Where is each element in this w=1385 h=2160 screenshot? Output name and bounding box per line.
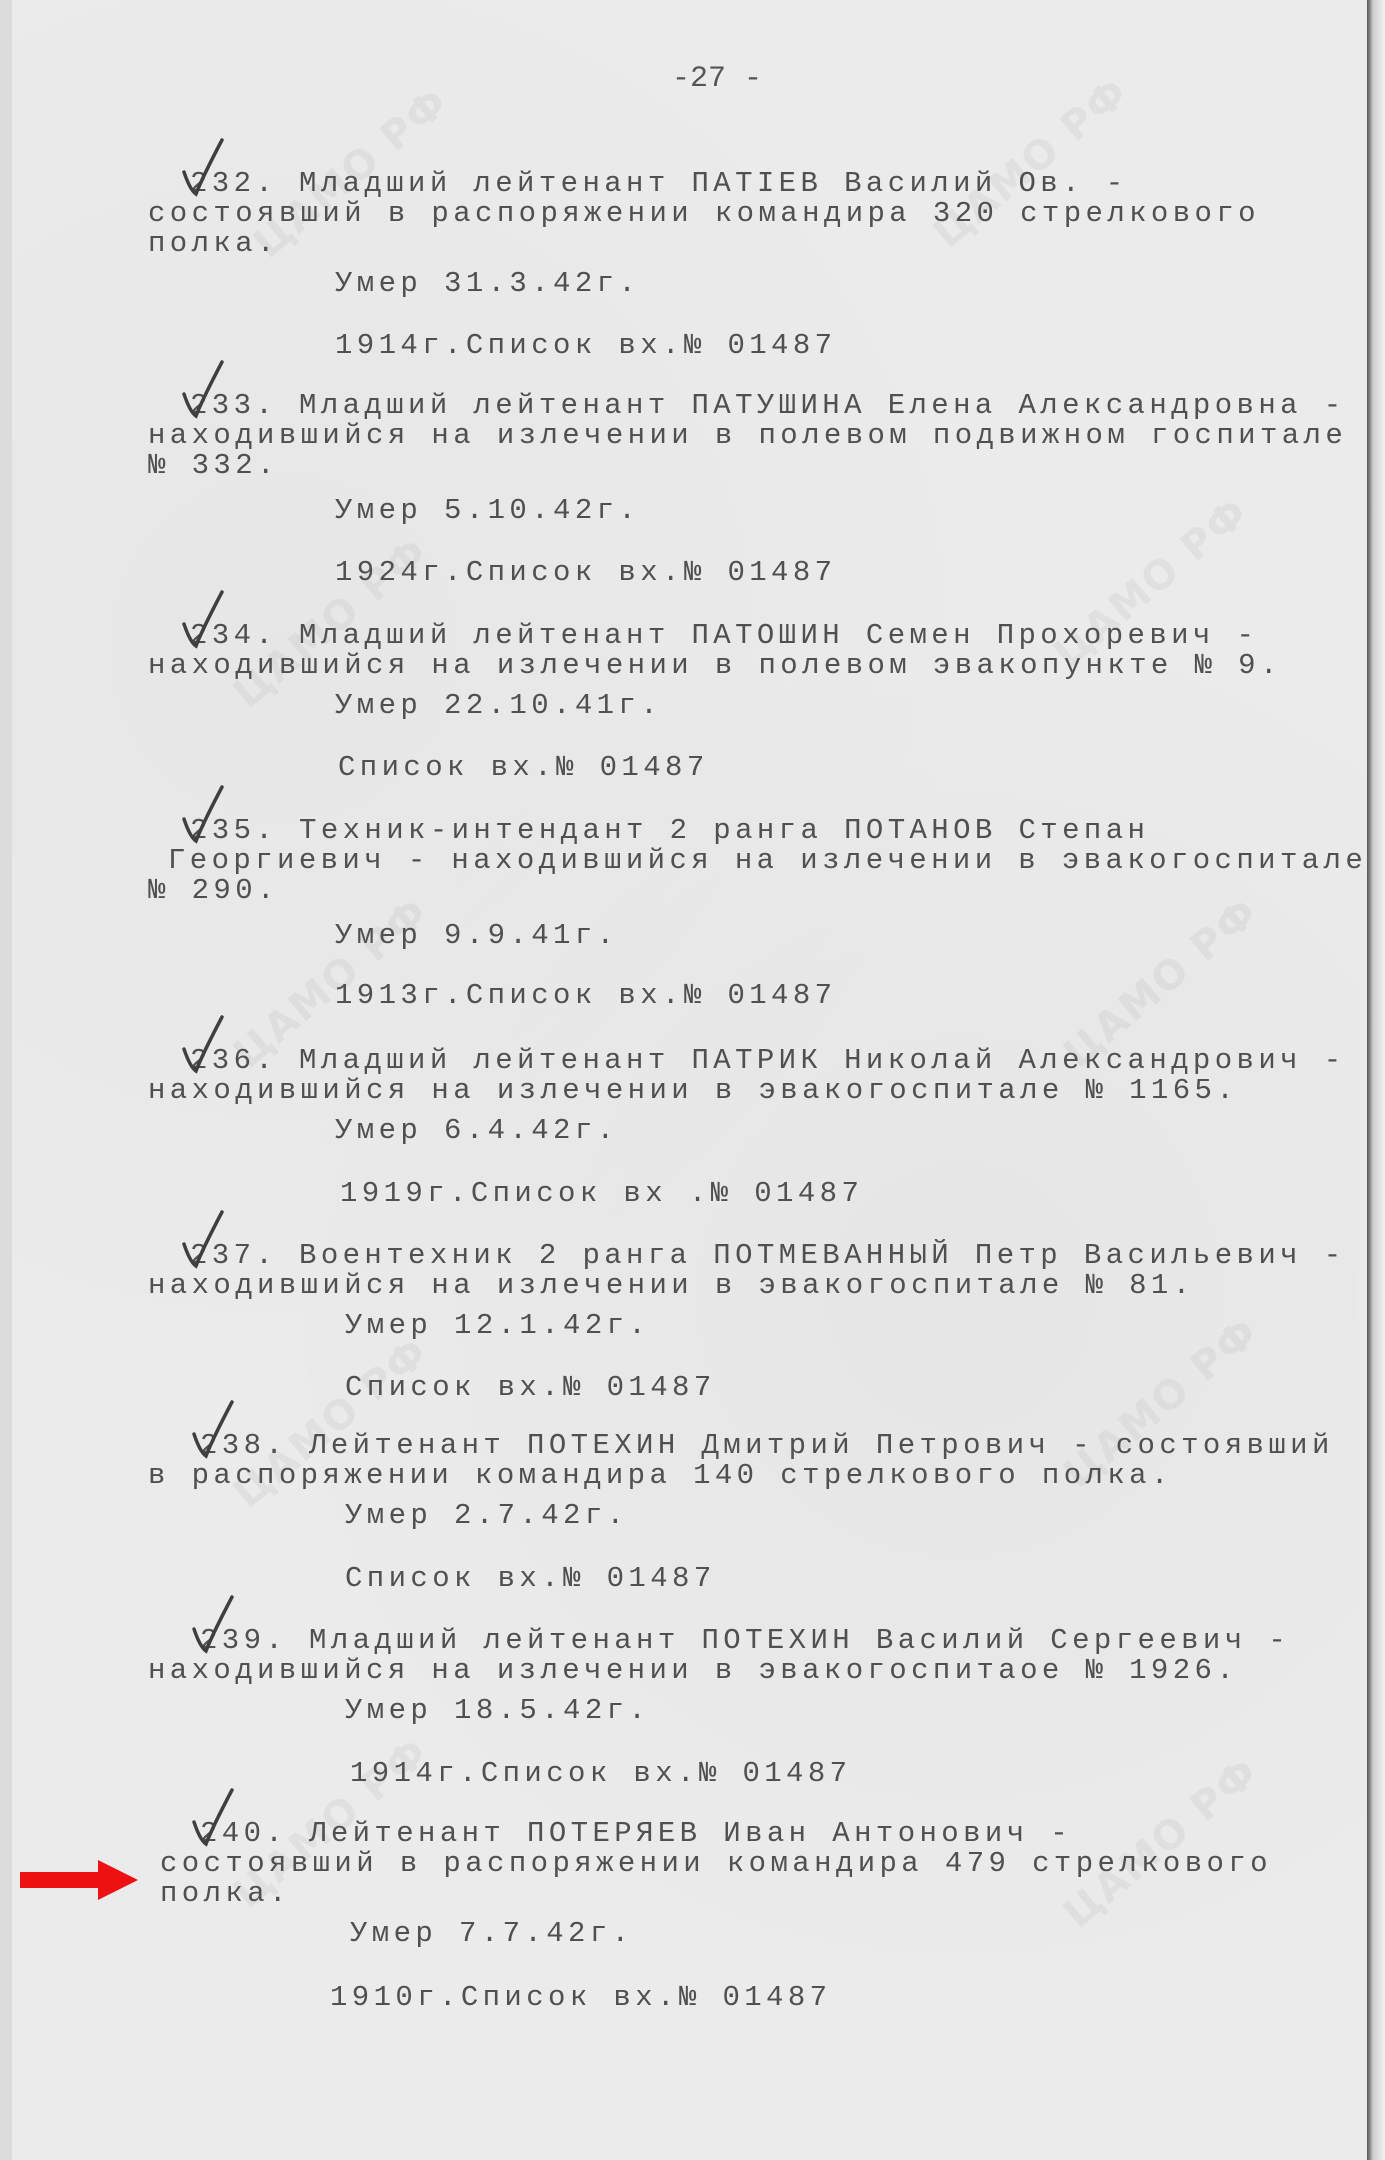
entry-line-heading: 236. Младший лейтенант ПАТРИК Николай Ал… xyxy=(190,1045,1346,1077)
checkmark-icon xyxy=(180,360,240,420)
entry-line-detail: находившийся на излечении в эвакогоспита… xyxy=(148,1655,1238,1687)
entry-source: Список вх.№ 01487 xyxy=(345,1563,716,1595)
entry-death-date: Умер 5.10.42г. xyxy=(335,495,640,527)
entry-source: 1914г.Список вх.№ 01487 xyxy=(350,1758,851,1790)
entry-source: 1913г.Список вх.№ 01487 xyxy=(335,980,836,1012)
entry-line-detail: находившийся на излечении в эвакогоспита… xyxy=(148,1270,1195,1302)
entry-line-detail: № 332. xyxy=(148,450,279,482)
entry-line-heading: 238. Лейтенант ПОТЕХИН Дмитрий Петрович … xyxy=(200,1430,1334,1462)
entry-death-date: Умер 6.4.42г. xyxy=(335,1115,618,1147)
entry-line-heading: 234. Младший лейтенант ПАТОШИН Семен Про… xyxy=(190,620,1258,652)
checkmark-icon xyxy=(180,785,240,845)
checkmark-icon xyxy=(190,1788,250,1848)
page-number: -27 - xyxy=(672,62,762,96)
checkmark-icon xyxy=(180,1015,240,1075)
entry-line-heading: 239. Младший лейтенант ПОТЕХИН Василий С… xyxy=(200,1625,1290,1657)
entry-death-date: Умер 12.1.42г. xyxy=(345,1310,650,1342)
scan-right-edge xyxy=(1367,0,1385,2160)
entry-line-heading: 240. Лейтенант ПОТЕРЯЕВ Иван Антонович - xyxy=(200,1818,1072,1850)
entry-death-date: Умер 9.9.41г. xyxy=(335,920,618,952)
entry-death-date: Умер 18.5.42г. xyxy=(345,1695,650,1727)
entry-source: 1910г.Список вх.№ 01487 xyxy=(330,1982,831,2014)
entry-source: 1924г.Список вх.№ 01487 xyxy=(335,557,836,589)
entry-death-date: Умер 31.3.42г. xyxy=(335,268,640,300)
checkmark-icon xyxy=(190,1595,250,1655)
entry-source: Список вх.№ 01487 xyxy=(345,1372,716,1404)
checkmark-icon xyxy=(180,138,240,198)
entry-line-heading: 233. Младший лейтенант ПАТУШИНА Елена Ал… xyxy=(190,390,1346,422)
entry-line-detail: состоявший в распоряжении командира 479 … xyxy=(160,1848,1272,1880)
entry-line-detail: в распоряжении командира 140 стрелкового… xyxy=(148,1460,1173,1492)
checkmark-icon xyxy=(180,590,240,650)
entry-line-heading: 235. Техник-интендант 2 ранга ПОТАНОВ Ст… xyxy=(190,815,1149,847)
entry-line-detail: полка. xyxy=(148,228,279,260)
entry-source: 1919г.Список вх .№ 01487 xyxy=(340,1178,863,1210)
checkmark-icon xyxy=(180,1210,240,1270)
entry-death-date: Умер 2.7.42г. xyxy=(345,1500,628,1532)
document-page: ЦАМО РФ ЦАМО РФ ЦАМО РФ ЦАМО РФ ЦАМО РФ … xyxy=(12,0,1367,2160)
entry-line-heading: 232. Младший лейтенант ПАТІЕВ Василий Ов… xyxy=(190,168,1128,200)
entry-line-detail: № 290. xyxy=(148,875,279,907)
entry-line-heading: 237. Воентехник 2 ранга ПОТМЕВАННЫЙ Петр… xyxy=(190,1240,1346,1272)
entry-source: 1914г.Список вх.№ 01487 xyxy=(335,330,836,362)
red-arrow-icon xyxy=(20,1860,138,1900)
entry-source: Список вх.№ 01487 xyxy=(338,752,709,784)
entry-death-date: Умер 7.7.42г. xyxy=(350,1918,633,1950)
entry-line-detail: Георгиевич - находившийся на излечении в… xyxy=(168,845,1367,877)
entry-line-detail: состоявший в распоряжении командира 320 … xyxy=(148,198,1260,230)
entry-line-detail: находившийся на излечении в полевом эвак… xyxy=(148,650,1282,682)
entry-death-date: Умер 22.10.41г. xyxy=(335,690,662,722)
watermark: ЦАМО РФ xyxy=(1055,1749,1267,1938)
scan-left-margin xyxy=(0,0,12,2160)
entry-line-detail: находившийся на излечении в полевом подв… xyxy=(148,420,1347,452)
entry-line-detail: полка. xyxy=(160,1878,291,1910)
entry-line-detail: находившийся на излечении в эвакогоспита… xyxy=(148,1075,1238,1107)
checkmark-icon xyxy=(190,1400,250,1460)
